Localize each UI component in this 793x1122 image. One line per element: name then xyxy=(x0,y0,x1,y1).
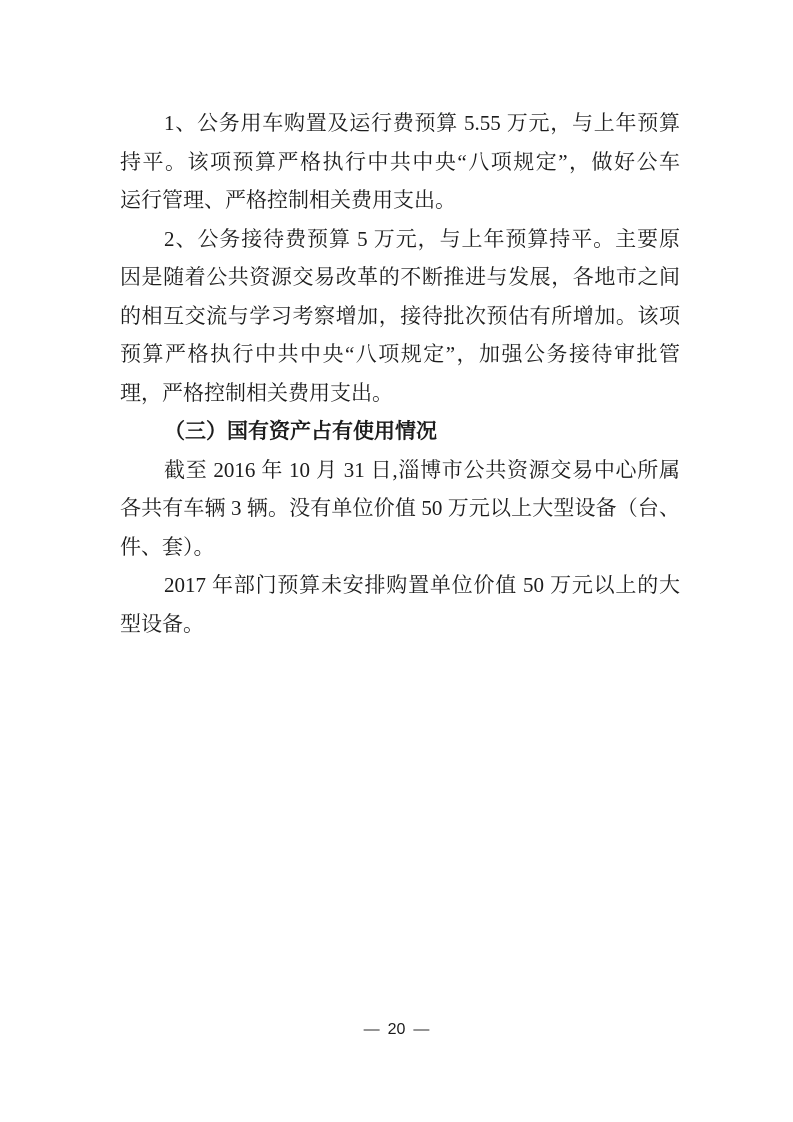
text-line: 2、公务接待费预算 5 万元，与上年预算持平。主要原 xyxy=(120,220,680,259)
footer-dash-right: — xyxy=(413,1019,429,1041)
text-line: 各共有车辆 3 辆。没有单位价值 50 万元以上大型设备（台、 xyxy=(120,489,680,528)
text-line: 型设备。 xyxy=(120,605,680,644)
section-heading: （三）国有资产占有使用情况 xyxy=(120,412,680,451)
text-line: 截至 2016 年 10 月 31 日,淄博市公共资源交易中心所属 xyxy=(120,451,680,490)
page-footer: —20— xyxy=(0,1019,793,1041)
paragraph-reception-budget: 2、公务接待费预算 5 万元，与上年预算持平。主要原 因是随着公共资源交易改革的… xyxy=(120,220,680,413)
page-number: 20 xyxy=(388,1019,406,1041)
paragraph-state-assets: 截至 2016 年 10 月 31 日,淄博市公共资源交易中心所属 各共有车辆 … xyxy=(120,451,680,567)
paragraph-2017-budget: 2017 年部门预算未安排购置单位价值 50 万元以上的大 型设备。 xyxy=(120,566,680,643)
paragraph-vehicle-budget: 1、公务用车购置及运行费预算 5.55 万元，与上年预算 持平。该项预算严格执行… xyxy=(120,104,680,220)
footer-dash-left: — xyxy=(364,1019,380,1041)
text-line: 理，严格控制相关费用支出。 xyxy=(120,374,680,413)
text-line: 的相互交流与学习考察增加，接待批次预估有所增加。该项 xyxy=(120,297,680,336)
text-line: 预算严格执行中共中央“八项规定”，加强公务接待审批管 xyxy=(120,335,680,374)
text-line: 因是随着公共资源交易改革的不断推进与发展，各地市之间 xyxy=(120,258,680,297)
text-line: 2017 年部门预算未安排购置单位价值 50 万元以上的大 xyxy=(120,566,680,605)
document-page: 1、公务用车购置及运行费预算 5.55 万元，与上年预算 持平。该项预算严格执行… xyxy=(0,0,793,1122)
text-line: 件、套）。 xyxy=(120,528,680,567)
text-line: 1、公务用车购置及运行费预算 5.55 万元，与上年预算 xyxy=(120,104,680,143)
paragraph-section-heading: （三）国有资产占有使用情况 xyxy=(120,412,680,451)
text-block: 1、公务用车购置及运行费预算 5.55 万元，与上年预算 持平。该项预算严格执行… xyxy=(120,104,680,643)
text-line: 持平。该项预算严格执行中共中央“八项规定”，做好公车 xyxy=(120,143,680,182)
text-line: 运行管理、严格控制相关费用支出。 xyxy=(120,181,680,220)
